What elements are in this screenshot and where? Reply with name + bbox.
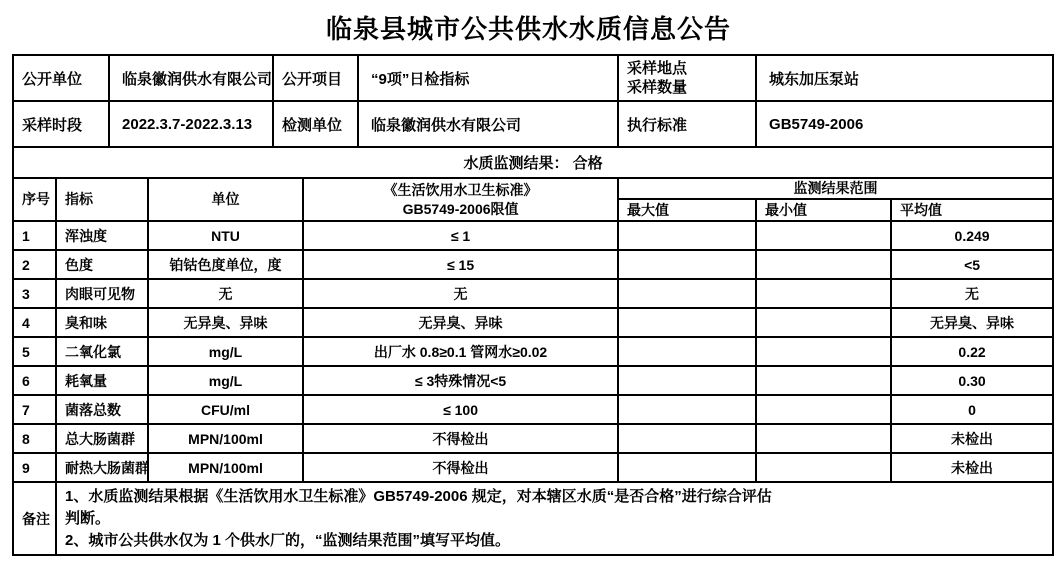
table-row: 7 菌落总数 CFU/ml ≤ 100 0 <box>13 395 1053 424</box>
cell-indicator: 色度 <box>56 250 148 279</box>
result-banner: 水质监测结果： 合格 <box>13 147 1053 178</box>
cell-limit: 不得检出 <box>303 424 618 453</box>
cell-max <box>618 424 756 453</box>
public-unit-label: 公开单位 <box>13 55 109 101</box>
cell-min <box>756 221 891 250</box>
cell-unit: mg/L <box>148 366 303 395</box>
cell-limit: ≤ 3特殊情况<5 <box>303 366 618 395</box>
cell-no: 7 <box>13 395 56 424</box>
info-row-1: 公开单位 临泉徽润供水有限公司 公开项目 “9项”日检指标 采样地点 采样数量 … <box>13 55 1053 101</box>
public-item-value: “9项”日检指标 <box>358 55 618 101</box>
table-row: 2 色度 铂钴色度单位，度 ≤ 15 <5 <box>13 250 1053 279</box>
sampling-site-label: 采样地点 采样数量 <box>618 55 756 101</box>
cell-avg: 0 <box>891 395 1053 424</box>
cell-indicator: 肉眼可见物 <box>56 279 148 308</box>
cell-limit: ≤ 100 <box>303 395 618 424</box>
cell-indicator: 二氧化氯 <box>56 337 148 366</box>
table-row: 6 耗氧量 mg/L ≤ 3特殊情况<5 0.30 <box>13 366 1053 395</box>
cell-limit: ≤ 15 <box>303 250 618 279</box>
public-unit-value: 临泉徽润供水有限公司 <box>109 55 273 101</box>
cell-limit: 无 <box>303 279 618 308</box>
cell-max <box>618 250 756 279</box>
sampling-site-value: 城东加压泵站 <box>756 55 1053 101</box>
cell-indicator: 菌落总数 <box>56 395 148 424</box>
sampling-site-label-line1: 采样地点 <box>627 59 747 78</box>
standard-label: 执行标准 <box>618 101 756 147</box>
cell-no: 5 <box>13 337 56 366</box>
col-header-indicator: 指标 <box>56 178 148 221</box>
cell-min <box>756 395 891 424</box>
sampling-count-label-line2: 采样数量 <box>627 78 747 97</box>
cell-min <box>756 424 891 453</box>
cell-avg: 0.30 <box>891 366 1053 395</box>
testing-unit-value: 临泉徽润供水有限公司 <box>358 101 618 147</box>
cell-avg: 0.22 <box>891 337 1053 366</box>
cell-min <box>756 279 891 308</box>
page-title: 临泉县城市公共供水水质信息公告 <box>0 0 1057 54</box>
cell-avg: 无异臭、异味 <box>891 308 1053 337</box>
public-item-label: 公开项目 <box>273 55 358 101</box>
cell-avg: 未检出 <box>891 453 1053 482</box>
cell-no: 3 <box>13 279 56 308</box>
cell-unit: MPN/100ml <box>148 424 303 453</box>
cell-unit: 无异臭、异味 <box>148 308 303 337</box>
cell-min <box>756 453 891 482</box>
table-row: 4 臭和味 无异臭、异味 无异臭、异味 无异臭、异味 <box>13 308 1053 337</box>
note-line-1: 1、水质监测结果根据《生活饮用水卫生标准》GB5749-2006 规定，对本辖区… <box>65 486 1044 530</box>
notes-row: 备注 1、水质监测结果根据《生活饮用水卫生标准》GB5749-2006 规定，对… <box>13 482 1053 555</box>
cell-limit: ≤ 1 <box>303 221 618 250</box>
cell-max <box>618 308 756 337</box>
col-header-no: 序号 <box>13 178 56 221</box>
cell-no: 1 <box>13 221 56 250</box>
col-header-min: 最小值 <box>756 199 891 221</box>
cell-indicator: 耗氧量 <box>56 366 148 395</box>
col-header-unit: 单位 <box>148 178 303 221</box>
col-header-limit-line2: GB5749-2006限值 <box>312 200 609 219</box>
cell-unit: NTU <box>148 221 303 250</box>
cell-no: 2 <box>13 250 56 279</box>
cell-avg: 未检出 <box>891 424 1053 453</box>
cell-indicator: 臭和味 <box>56 308 148 337</box>
table-header-row: 序号 指标 单位 《生活饮用水卫生标准》 GB5749-2006限值 监测结果范… <box>13 178 1053 199</box>
cell-min <box>756 366 891 395</box>
cell-max <box>618 337 756 366</box>
col-header-max: 最大值 <box>618 199 756 221</box>
cell-avg: 无 <box>891 279 1053 308</box>
water-quality-table: 公开单位 临泉徽润供水有限公司 公开项目 “9项”日检指标 采样地点 采样数量 … <box>12 54 1054 556</box>
table-row: 8 总大肠菌群 MPN/100ml 不得检出 未检出 <box>13 424 1053 453</box>
cell-limit: 无异臭、异味 <box>303 308 618 337</box>
cell-indicator: 浑浊度 <box>56 221 148 250</box>
cell-avg: 0.249 <box>891 221 1053 250</box>
cell-avg: <5 <box>891 250 1053 279</box>
cell-max <box>618 366 756 395</box>
result-banner-row: 水质监测结果： 合格 <box>13 147 1053 178</box>
col-header-range-group: 监测结果范围 <box>618 178 1053 199</box>
notes-content: 1、水质监测结果根据《生活饮用水卫生标准》GB5749-2006 规定，对本辖区… <box>56 482 1053 555</box>
cell-no: 8 <box>13 424 56 453</box>
testing-unit-label: 检测单位 <box>273 101 358 147</box>
cell-unit: 铂钴色度单位，度 <box>148 250 303 279</box>
note-line-2: 2、城市公共供水仅为 1 个供水厂的，“监测结果范围”填写平均值。 <box>65 530 1044 552</box>
cell-no: 4 <box>13 308 56 337</box>
standard-value: GB5749-2006 <box>756 101 1053 147</box>
sampling-period-value: 2022.3.7-2022.3.13 <box>109 101 273 147</box>
cell-min <box>756 337 891 366</box>
sampling-period-label: 采样时段 <box>13 101 109 147</box>
cell-min <box>756 250 891 279</box>
cell-no: 9 <box>13 453 56 482</box>
cell-indicator: 耐热大肠菌群 <box>56 453 148 482</box>
table-row: 1 浑浊度 NTU ≤ 1 0.249 <box>13 221 1053 250</box>
cell-unit: 无 <box>148 279 303 308</box>
cell-unit: mg/L <box>148 337 303 366</box>
col-header-avg: 平均值 <box>891 199 1053 221</box>
announcement-page: 临泉县城市公共供水水质信息公告 公开单位 临泉徽润供水有限公司 公开项目 “9项… <box>0 0 1057 564</box>
col-header-limit-line1: 《生活饮用水卫生标准》 <box>312 181 609 200</box>
cell-limit: 不得检出 <box>303 453 618 482</box>
col-header-limit: 《生活饮用水卫生标准》 GB5749-2006限值 <box>303 178 618 221</box>
table-row: 3 肉眼可见物 无 无 无 <box>13 279 1053 308</box>
cell-no: 6 <box>13 366 56 395</box>
cell-max <box>618 279 756 308</box>
info-row-2: 采样时段 2022.3.7-2022.3.13 检测单位 临泉徽润供水有限公司 … <box>13 101 1053 147</box>
cell-min <box>756 308 891 337</box>
cell-max <box>618 221 756 250</box>
cell-indicator: 总大肠菌群 <box>56 424 148 453</box>
table-row: 9 耐热大肠菌群 MPN/100ml 不得检出 未检出 <box>13 453 1053 482</box>
cell-unit: MPN/100ml <box>148 453 303 482</box>
notes-label: 备注 <box>13 482 56 555</box>
cell-max <box>618 395 756 424</box>
cell-max <box>618 453 756 482</box>
table-row: 5 二氧化氯 mg/L 出厂水 0.8≥0.1 管网水≥0.02 0.22 <box>13 337 1053 366</box>
cell-unit: CFU/ml <box>148 395 303 424</box>
cell-limit: 出厂水 0.8≥0.1 管网水≥0.02 <box>303 337 618 366</box>
